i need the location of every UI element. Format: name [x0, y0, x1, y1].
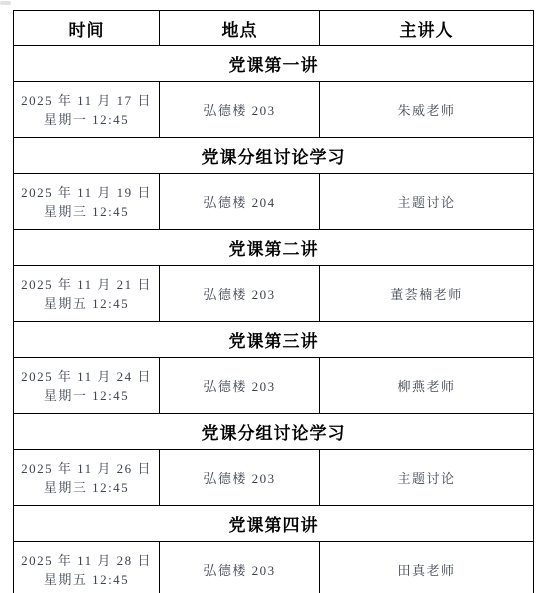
schedule-page: 时间 地点 主讲人 党课第一讲 2025 年 11 月 17 日 星期一 12:…: [0, 0, 540, 593]
section-title: 党课分组讨论学习: [14, 414, 534, 450]
table-row: 2025 年 11 月 17 日 星期一 12:45 弘德楼 203 朱威老师: [14, 82, 534, 138]
weekday-time-text: 星期三 12:45: [14, 202, 159, 221]
date-text: 2025 年 11 月 21 日: [14, 275, 159, 294]
section-title-row: 党课第四讲: [14, 506, 534, 542]
table-row: 2025 年 11 月 21 日 星期五 12:45 弘德楼 203 董荟楠老师: [14, 266, 534, 322]
location-cell: 弘德楼 203: [160, 542, 320, 593]
date-text: 2025 年 11 月 17 日: [14, 91, 159, 110]
date-text: 2025 年 11 月 28 日: [14, 551, 159, 570]
speaker-cell: 朱威老师: [320, 82, 534, 138]
column-header-time: 时间: [14, 11, 160, 46]
section-title: 党课第四讲: [14, 506, 534, 542]
date-text: 2025 年 11 月 26 日: [14, 459, 159, 478]
location-cell: 弘德楼 203: [160, 358, 320, 414]
section-title-row: 党课第三讲: [14, 322, 534, 358]
date-text: 2025 年 11 月 19 日: [14, 183, 159, 202]
time-cell: 2025 年 11 月 17 日 星期一 12:45: [14, 82, 160, 138]
edge-artifact: [0, 1, 11, 5]
table-row: 2025 年 11 月 19 日 星期三 12:45 弘德楼 204 主题讨论: [14, 174, 534, 230]
time-cell: 2025 年 11 月 26 日 星期三 12:45: [14, 450, 160, 506]
time-cell: 2025 年 11 月 19 日 星期三 12:45: [14, 174, 160, 230]
weekday-time-text: 星期一 12:45: [14, 110, 159, 129]
location-cell: 弘德楼 203: [160, 266, 320, 322]
section-title: 党课第一讲: [14, 46, 534, 82]
party-lecture-schedule-table: 时间 地点 主讲人 党课第一讲 2025 年 11 月 17 日 星期一 12:…: [13, 10, 534, 593]
section-title: 党课第三讲: [14, 322, 534, 358]
table-row: 2025 年 11 月 24 日 星期一 12:45 弘德楼 203 柳燕老师: [14, 358, 534, 414]
section-title-row: 党课第二讲: [14, 230, 534, 266]
weekday-time-text: 星期三 12:45: [14, 478, 159, 497]
section-title-row: 党课分组讨论学习: [14, 414, 534, 450]
location-cell: 弘德楼 204: [160, 174, 320, 230]
section-title: 党课分组讨论学习: [14, 138, 534, 174]
time-cell: 2025 年 11 月 28 日 星期五 12:45: [14, 542, 160, 593]
speaker-cell: 董荟楠老师: [320, 266, 534, 322]
table-row: 2025 年 11 月 28 日 星期五 12:45 弘德楼 203 田真老师: [14, 542, 534, 593]
location-cell: 弘德楼 203: [160, 450, 320, 506]
speaker-cell: 柳燕老师: [320, 358, 534, 414]
weekday-time-text: 星期一 12:45: [14, 386, 159, 405]
speaker-cell: 主题讨论: [320, 450, 534, 506]
column-header-location: 地点: [160, 11, 320, 46]
time-cell: 2025 年 11 月 21 日 星期五 12:45: [14, 266, 160, 322]
date-text: 2025 年 11 月 24 日: [14, 367, 159, 386]
table-row: 2025 年 11 月 26 日 星期三 12:45 弘德楼 203 主题讨论: [14, 450, 534, 506]
speaker-cell: 田真老师: [320, 542, 534, 593]
column-header-speaker: 主讲人: [320, 11, 534, 46]
weekday-time-text: 星期五 12:45: [14, 570, 159, 589]
location-cell: 弘德楼 203: [160, 82, 320, 138]
time-cell: 2025 年 11 月 24 日 星期一 12:45: [14, 358, 160, 414]
section-title-row: 党课分组讨论学习: [14, 138, 534, 174]
table-header-row: 时间 地点 主讲人: [14, 11, 534, 46]
speaker-cell: 主题讨论: [320, 174, 534, 230]
section-title-row: 党课第一讲: [14, 46, 534, 82]
section-title: 党课第二讲: [14, 230, 534, 266]
weekday-time-text: 星期五 12:45: [14, 294, 159, 313]
